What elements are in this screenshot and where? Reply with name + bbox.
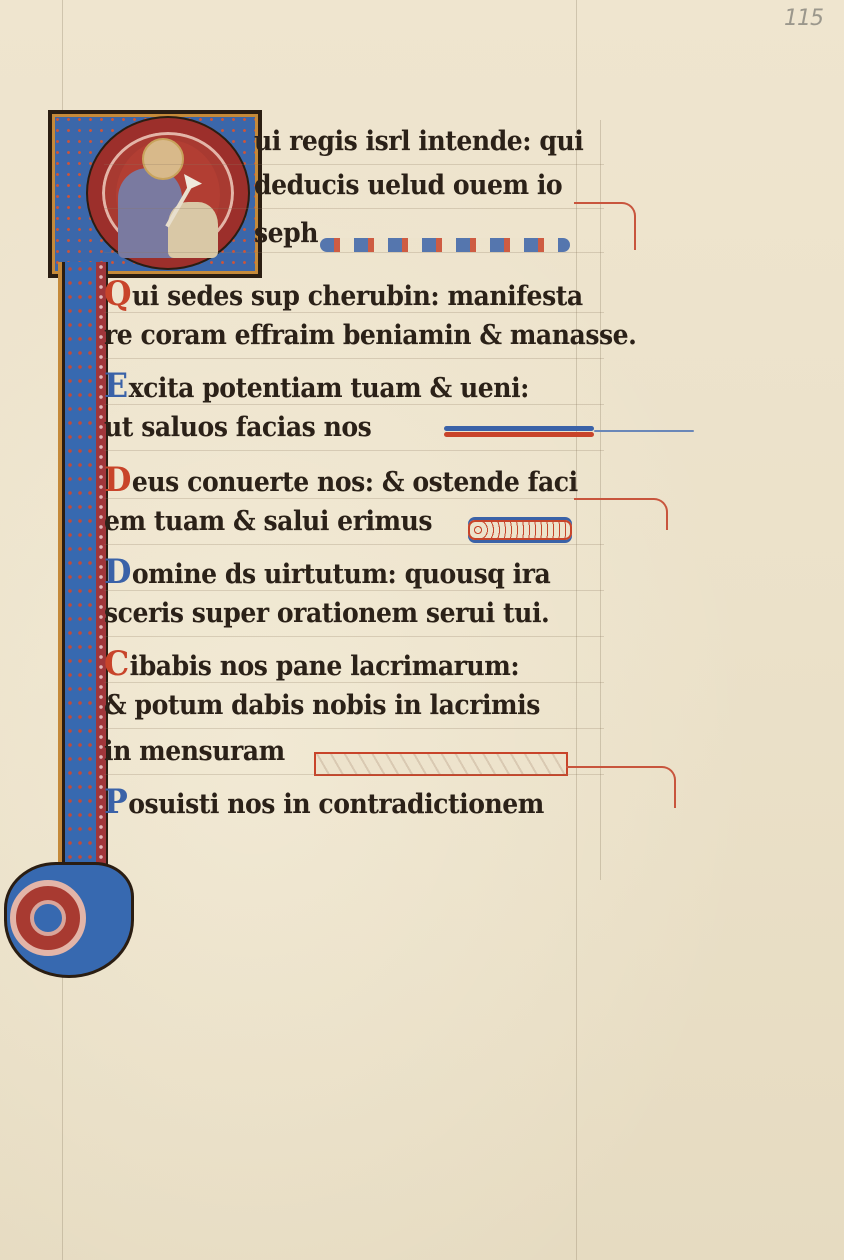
ruling bbox=[104, 450, 604, 451]
line-text: ut saluos facias nos bbox=[104, 412, 371, 443]
line-filler-vine bbox=[320, 238, 570, 252]
text-line-2: deducis uelud ouem io bbox=[254, 170, 562, 210]
folio-number: 115 bbox=[784, 6, 823, 31]
line-text: ui sedes sup cherubin: manifesta bbox=[132, 281, 583, 312]
text-line-15: Posuisti nos in contradictionem bbox=[104, 782, 544, 822]
initial-cap-q: Q bbox=[104, 274, 131, 314]
line-filler-panel bbox=[314, 752, 568, 776]
text-line-4: Qui sedes sup cherubin: manifesta bbox=[104, 274, 583, 314]
ruling-line-right bbox=[576, 0, 577, 1260]
ruling bbox=[104, 544, 604, 545]
text-line-12: Cibabis nos pane lacrimarum: bbox=[104, 644, 519, 684]
ruling bbox=[104, 590, 604, 591]
ruling bbox=[104, 358, 604, 359]
marginal-flourish bbox=[574, 498, 668, 530]
ruling bbox=[104, 312, 604, 313]
line-text: em tuam & salui erimus bbox=[104, 506, 432, 537]
ruling bbox=[104, 252, 604, 253]
line-text: omine ds uirtutum: quousq ira bbox=[132, 559, 550, 590]
ruling bbox=[104, 774, 604, 775]
text-line-5: re coram effraim beniamin & manasse. bbox=[104, 320, 636, 360]
line-filler-scroll bbox=[468, 520, 572, 540]
ruling bbox=[104, 636, 604, 637]
text-line-13: & potum dabis nobis in lacrimis bbox=[104, 690, 540, 730]
text-line-8: Deus conuerte nos: & ostende faci bbox=[104, 460, 578, 500]
initial-cap-p: P bbox=[104, 782, 127, 822]
text-line-11: sceris super orationem serui tui. bbox=[104, 598, 549, 638]
ruling bbox=[104, 728, 604, 729]
terminal-swirl-inner-icon bbox=[30, 900, 66, 936]
line-text: sceris super orationem serui tui. bbox=[104, 598, 549, 629]
line-text: & potum dabis nobis in lacrimis bbox=[104, 690, 540, 721]
marginal-flourish bbox=[574, 202, 636, 250]
text-line-7: ut saluos facias nos bbox=[104, 412, 371, 452]
initial-cap-c: C bbox=[104, 644, 129, 684]
line-filler-tail bbox=[594, 430, 694, 432]
initial-cap-e: E bbox=[104, 366, 128, 406]
ruling bbox=[104, 404, 604, 405]
line-text: re coram effraim beniamin & manasse. bbox=[104, 320, 636, 351]
ruling bbox=[104, 164, 604, 165]
line-filler-bar-blue bbox=[444, 426, 594, 431]
ruling bbox=[104, 208, 604, 209]
line-text: osuisti nos in contradictionem bbox=[128, 789, 544, 820]
text-line-10: Domine ds uirtutum: quousq ira bbox=[104, 552, 550, 592]
line-text: seph bbox=[254, 218, 318, 249]
line-text: xcita potentiam tuam & ueni: bbox=[129, 373, 529, 404]
ruling bbox=[104, 498, 604, 499]
text-line-1: ui regis isrl intende: qui bbox=[254, 126, 583, 166]
line-text: ibabis nos pane lacrimarum: bbox=[130, 651, 520, 682]
line-text: deducis uelud ouem io bbox=[254, 170, 562, 201]
text-line-14: in mensuram bbox=[104, 736, 285, 776]
marginal-flourish bbox=[566, 766, 676, 808]
line-text: in mensuram bbox=[104, 736, 285, 767]
initial-cap-d: D bbox=[104, 460, 131, 500]
manuscript-page: 115 ui regis isrl intende: qui deducis u… bbox=[0, 0, 844, 1260]
text-line-6: Excita potentiam tuam & ueni: bbox=[104, 366, 529, 406]
line-text: ui regis isrl intende: qui bbox=[254, 126, 583, 157]
initial-cap-d: D bbox=[104, 552, 131, 592]
text-line-9: em tuam & salui erimus bbox=[104, 506, 432, 546]
halo-icon bbox=[142, 138, 184, 180]
line-filler-bar-red bbox=[444, 432, 594, 437]
ruling bbox=[104, 682, 604, 683]
line-text: eus conuerte nos: & ostende faci bbox=[132, 467, 578, 498]
